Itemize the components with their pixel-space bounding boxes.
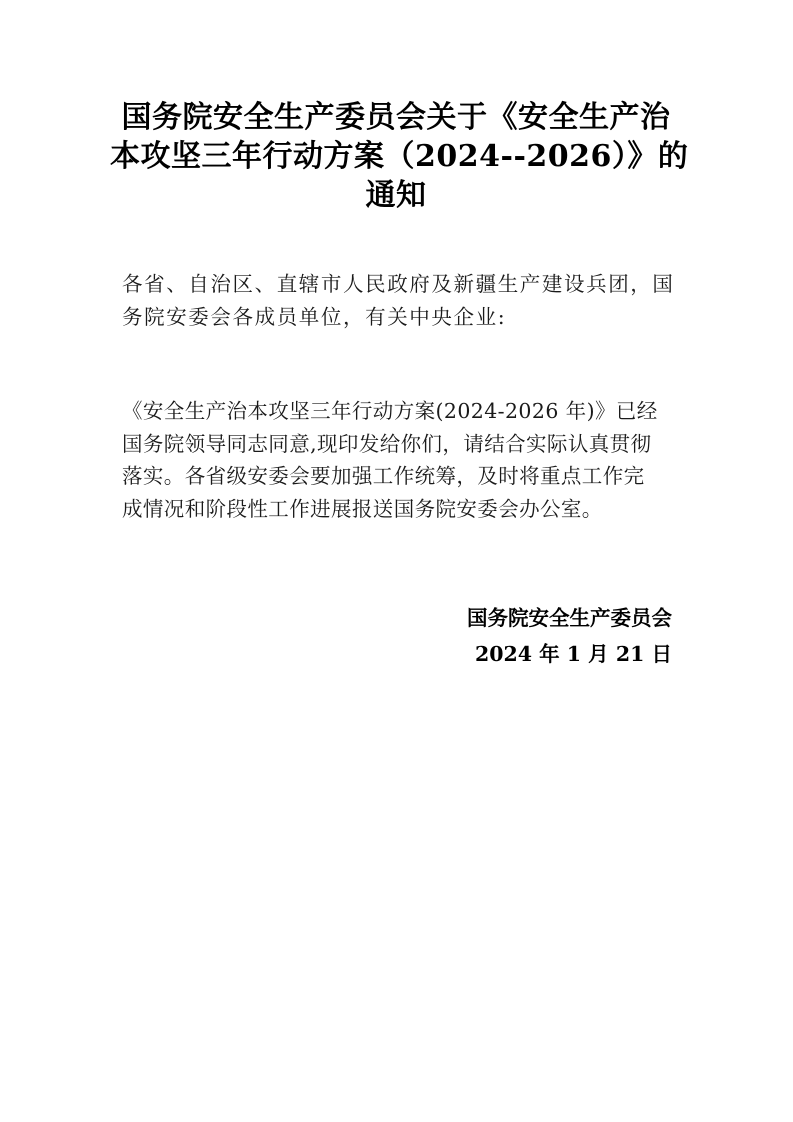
issuer-name: 国务院安全生产委员会 <box>467 600 672 636</box>
title-line-2: 本攻坚三年行动方案（2024--2026）》的 <box>110 137 682 176</box>
addressee-line-1: 各省、自治区、直辖市人民政府及新疆生产建设兵团，国 <box>122 268 674 301</box>
document-title: 国务院安全生产委员会关于《安全生产治 本攻坚三年行动方案（2024--2026）… <box>110 98 682 215</box>
issue-date: 2024 年 1 月 21 日 <box>467 636 672 672</box>
document-page: 国务院安全生产委员会关于《安全生产治 本攻坚三年行动方案（2024--2026）… <box>0 0 793 1122</box>
body-line-3: 落实。各省级安委会要加强工作统筹，及时将重点工作完 <box>122 460 674 493</box>
title-line-3: 通知 <box>110 176 682 215</box>
addressee-line-2: 务院安委会各成员单位，有关中央企业: <box>122 301 674 334</box>
body-line-1: 《安全生产治本攻坚三年行动方案(2024-2026 年)》已经 <box>122 395 674 428</box>
body-line-4: 成情况和阶段性工作进展报送国务院安委会办公室。 <box>122 493 674 526</box>
signature-block: 国务院安全生产委员会 2024 年 1 月 21 日 <box>467 600 672 672</box>
addressee-paragraph: 各省、自治区、直辖市人民政府及新疆生产建设兵团，国 务院安委会各成员单位，有关中… <box>122 268 674 333</box>
body-paragraph: 《安全生产治本攻坚三年行动方案(2024-2026 年)》已经 国务院领导同志同… <box>122 395 674 525</box>
title-line-1: 国务院安全生产委员会关于《安全生产治 <box>110 98 682 137</box>
body-line-2: 国务院领导同志同意,现印发给你们，请结合实际认真贯彻 <box>122 428 674 461</box>
